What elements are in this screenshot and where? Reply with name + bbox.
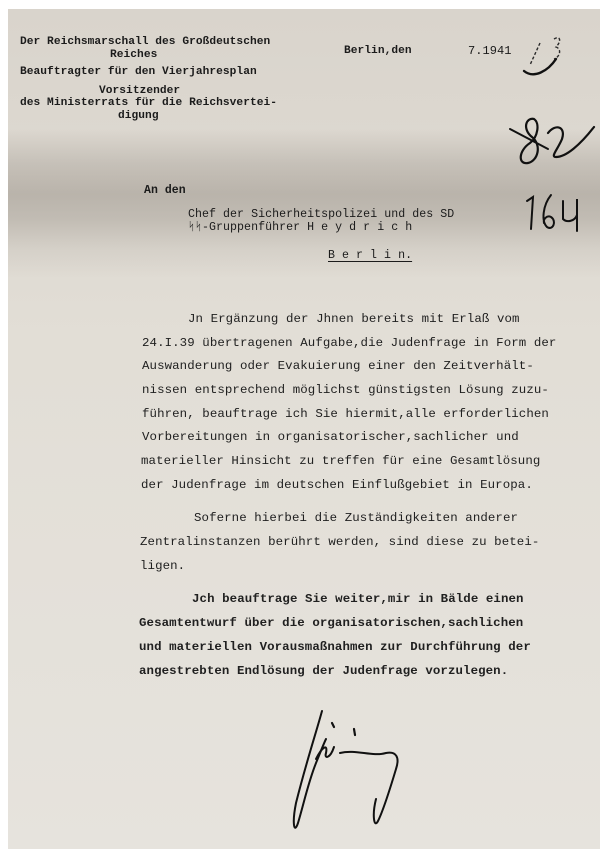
letterhead-line-5: des Ministerrats für die Reichsvertei- [20,97,277,110]
body-line: Zentralinstanzen berührt werden, sind di… [140,535,539,549]
handwritten-number-82-icon [504,109,600,179]
recipient-line-1: Chef der Sicherheitspolizei und des SD [188,208,454,221]
body-line: ligen. [140,559,185,573]
letterhead-line-1: Der Reichsmarschall des Großdeutschen [20,36,270,49]
body-line: 24.I.39 übertragenen Aufgabe,die Judenfr… [142,336,556,350]
recipient-salutation: An den [144,184,186,197]
document-page: Der Reichsmarschall des Großdeutschen Re… [8,9,600,849]
body-line: Jn Ergänzung der Jhnen bereits mit Erlaß… [188,312,520,326]
dateline-date: 7.1941 [468,45,512,58]
letterhead-line-2: Reiches [110,49,157,62]
body-line: Auswanderung oder Evakuierung einer den … [142,359,534,373]
body-line: der Judenfrage im deutschen Einflußgebie… [141,478,533,492]
handwritten-mark-icon [520,31,580,81]
letterhead-line-6: digung [118,110,159,123]
recipient-line-2: ᛋᛋ-Gruppenführer H e y d r i c h [188,221,412,234]
signature-icon [286,703,436,843]
body-line: und materiellen Vorausmaßnahmen zur Durc… [139,640,531,654]
body-line: führen, beauftrage ich Sie hiermit,alle … [142,407,549,421]
handwritten-page-number-icon [523,187,593,237]
body-line: Jch beauftrage Sie weiter,mir in Bälde e… [192,592,524,606]
body-line: angestrebten Endlösung der Judenfrage vo… [139,664,508,678]
dateline-place: Berlin,den [344,45,412,58]
body-line: Gesamtentwurf über die organisatorischen… [139,616,523,630]
letterhead-line-3: Beauftragter für den Vierjahresplan [20,66,257,79]
recipient-city: B e r l i n. [328,249,412,262]
body-line: materieller Hinsicht zu treffen für eine… [141,454,540,468]
body-line: Vorbereitungen in organisatorischer,sach… [142,430,519,444]
body-line: Soferne hierbei die Zuständigkeiten ande… [194,511,518,525]
body-line: nissen entsprechend möglichst günstigste… [142,383,549,397]
